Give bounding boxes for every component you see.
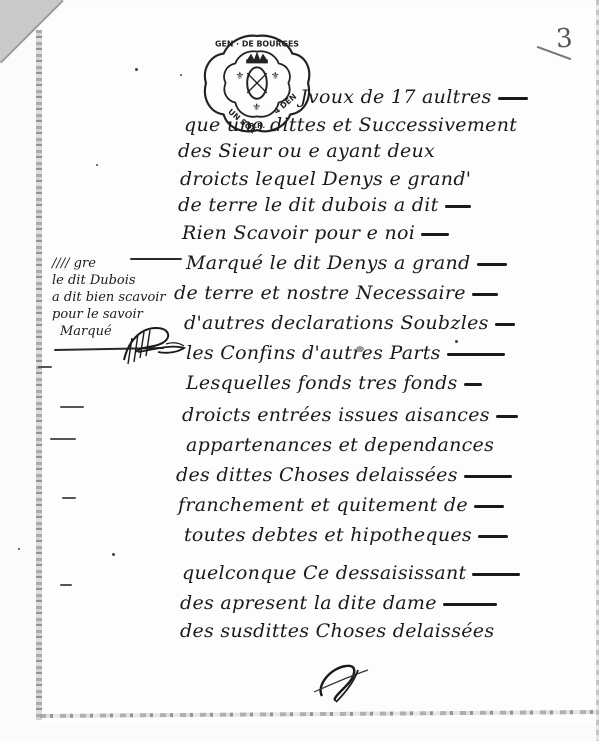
ink-smudge [356,346,364,352]
folio-number: 3 [555,23,574,54]
right-margin [599,0,604,741]
left-page-edge [36,30,42,720]
text-line: droicts entrées issues aisances [182,404,518,426]
text-line: des Sieur ou e ayant deux [178,140,435,162]
text-line: Lesquelles fonds tres fonds [186,372,482,394]
text-line: d'autres declarations Soubzles [184,312,515,334]
folded-corner [0,0,62,62]
svg-text:⚜: ⚜ [235,71,244,82]
ink-speck [96,164,98,166]
text-line: Marqué le dit Denys a grand [186,252,507,274]
ink-speck [112,553,115,556]
text-line: des dittes Choses delaissées [176,464,512,486]
text-line: les Confins d'autres Parts [186,342,505,364]
ink-speck [180,74,182,76]
text-line: droicts lequel Denys e grand' [180,168,471,190]
text-line: de terre et nostre Necessaire [174,282,498,304]
text-line: Rien Scavoir pour e noi [182,222,449,244]
text-line: quelconque Ce dessaisissant [182,562,520,584]
text-line: franchement et quitement de [178,494,504,516]
text-line: des susdittes Choses delaissées [180,620,494,642]
signature-paraphe-icon [118,322,188,368]
margin-line: pour le savoir [52,306,192,323]
scanned-page: 3 GEN · DE BOURGES UN SOL 4 DEN ⚜ ⚜ ⚜ R.… [0,0,604,741]
margin-line: le dit Dubois [52,272,192,289]
text-line: Jvoux de 17 aultres [300,86,528,108]
ink-speck [135,68,138,71]
margin-rule [130,258,182,260]
svg-text:4 DEN: 4 DEN [272,92,298,116]
end-flourish-icon [312,662,372,706]
margin-line: a dit bien scavoir [52,289,192,306]
text-line: appartenances et dependances [186,434,494,456]
text-line: que uno dittes et Successivement [184,114,517,136]
ink-speck [18,548,20,550]
svg-text:⚜: ⚜ [252,103,261,114]
text-line: des apresent la dite dame [180,592,497,614]
svg-text:⚜: ⚜ [271,71,280,82]
text-line: toutes debtes et hipotheques [184,524,508,546]
text-line: de terre le dit dubois a dit [178,194,471,216]
ink-speck [455,340,458,343]
svg-text:GEN · DE BOURGES: GEN · DE BOURGES [215,40,299,49]
